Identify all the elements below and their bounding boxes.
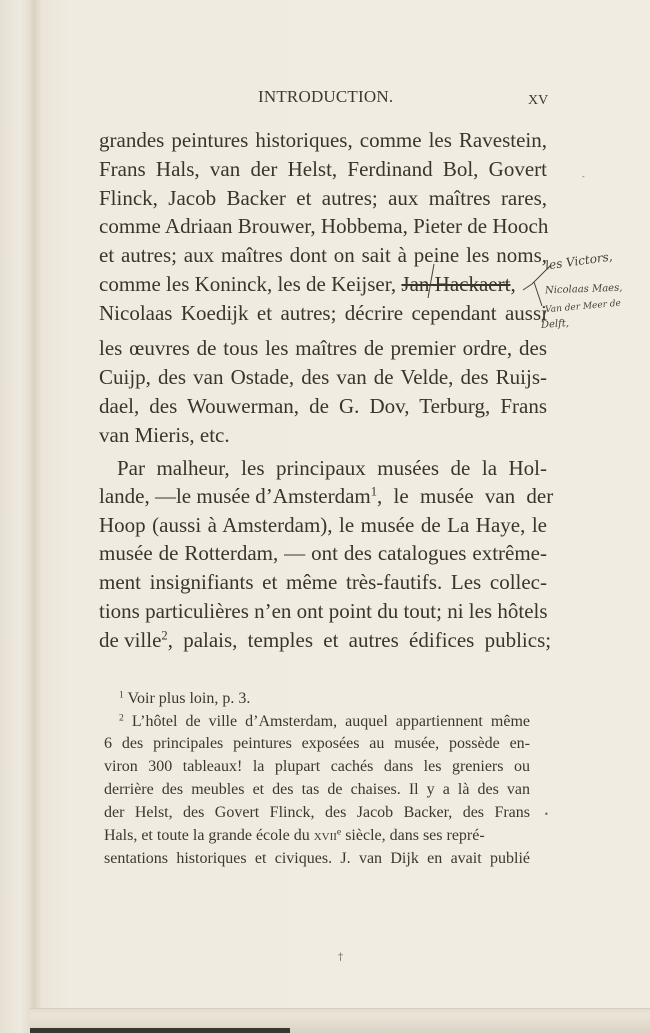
running-head: INTRODUCTION. bbox=[258, 87, 393, 107]
body-line: comme Adriaan Brouwer, Hobbema, Pieter d… bbox=[99, 213, 547, 239]
body-line: et autres; aux maîtres dont on sait à pe… bbox=[99, 242, 547, 268]
footnote-2-line: sentations historiques et civiques. J. v… bbox=[104, 848, 530, 869]
printer-mark: † bbox=[338, 952, 343, 963]
body-line: Cuijp, des van Ostade, des van de Velde,… bbox=[99, 364, 547, 390]
footnote-text: Voir plus loin, p. 3. bbox=[128, 690, 251, 707]
body-line: tions particulières n’en ont point du to… bbox=[99, 598, 547, 624]
book-page: INTRODUCTION. XV grandes peintures histo… bbox=[0, 0, 650, 1033]
body-line-with-ref: de ville2, palais, temples et autres édi… bbox=[99, 627, 547, 653]
footnote-text: Hals, et toute la grande école du bbox=[104, 827, 314, 844]
ink-speck: • bbox=[544, 810, 549, 819]
line-text: , le musée van der bbox=[377, 484, 553, 508]
body-line: Frans Hals, van der Helst, Ferdinand Bol… bbox=[99, 156, 547, 182]
footnote-2-line: viron 300 tableaux! la plupart cachés da… bbox=[104, 756, 530, 777]
paragraph-start: Par malheur, les principaux musées de la… bbox=[117, 455, 547, 481]
body-line: Hoop (aussi à Amsterdam), le musée de La… bbox=[99, 512, 547, 538]
struck-name: Jan Hackaert bbox=[401, 272, 510, 296]
ink-speck: - bbox=[582, 172, 585, 181]
footnote-1: 1 Voir plus loin, p. 3. bbox=[119, 688, 530, 709]
footnote-text: siècle, dans ses repré- bbox=[341, 827, 485, 844]
body-line: musée de Rotterdam, — ont des catalogues… bbox=[99, 540, 547, 566]
century-numeral: xvii bbox=[314, 827, 337, 844]
footnote-2-line: 6 des principales peintures exposées au … bbox=[104, 733, 530, 754]
annotation-caret-icon bbox=[520, 262, 560, 332]
punctuation: , bbox=[510, 272, 515, 296]
line-text: comme les Koninck, les de Keijser, bbox=[99, 272, 396, 296]
line-text: de ville bbox=[99, 628, 161, 652]
footnote-2-line: 2 L’hôtel de ville d’Amsterdam, auquel a… bbox=[119, 711, 530, 732]
body-line: ment insignifiants et même très-fautifs.… bbox=[99, 569, 547, 595]
body-line: les œuvres de tous les maîtres de premie… bbox=[99, 335, 547, 361]
footnote-2-line: Hals, et toute la grande école du xviie … bbox=[104, 825, 530, 846]
footnote-2-line: der Helst, des Govert Flinck, des Jacob … bbox=[104, 802, 530, 823]
footnote-2-line: derrière des meubles et des tas de chais… bbox=[104, 779, 530, 800]
page-content: INTRODUCTION. XV grandes peintures histo… bbox=[0, 0, 650, 1033]
body-line: Nicolaas Koedijk et autres; décrire cepe… bbox=[99, 300, 547, 326]
body-line: dael, des Wouwerman, de G. Dov, Terburg,… bbox=[99, 393, 547, 419]
footnote-text: L’hôtel de ville d’Amsterdam, auquel app… bbox=[132, 713, 530, 730]
body-line: grandes peintures historiques, comme les… bbox=[99, 127, 547, 153]
body-line-struck: comme les Koninck, les de Keijser, Jan H… bbox=[99, 271, 516, 297]
page-number: XV bbox=[528, 93, 548, 109]
annotation-insert-mark-icon bbox=[425, 262, 437, 300]
line-text: , palais, temples et autres édifices pub… bbox=[168, 628, 551, 652]
footnote-marker: 2 bbox=[119, 712, 124, 723]
body-line-with-ref: lande, —le musée d’Amsterdam1, le musée … bbox=[99, 483, 547, 509]
line-text: lande, —le musée d’Amsterdam bbox=[99, 484, 371, 508]
footnote-marker: 1 bbox=[119, 689, 124, 700]
body-line: van Mieris, etc. bbox=[99, 422, 547, 448]
body-line: Flinck, Jacob Backer et autres; aux maît… bbox=[99, 185, 547, 211]
